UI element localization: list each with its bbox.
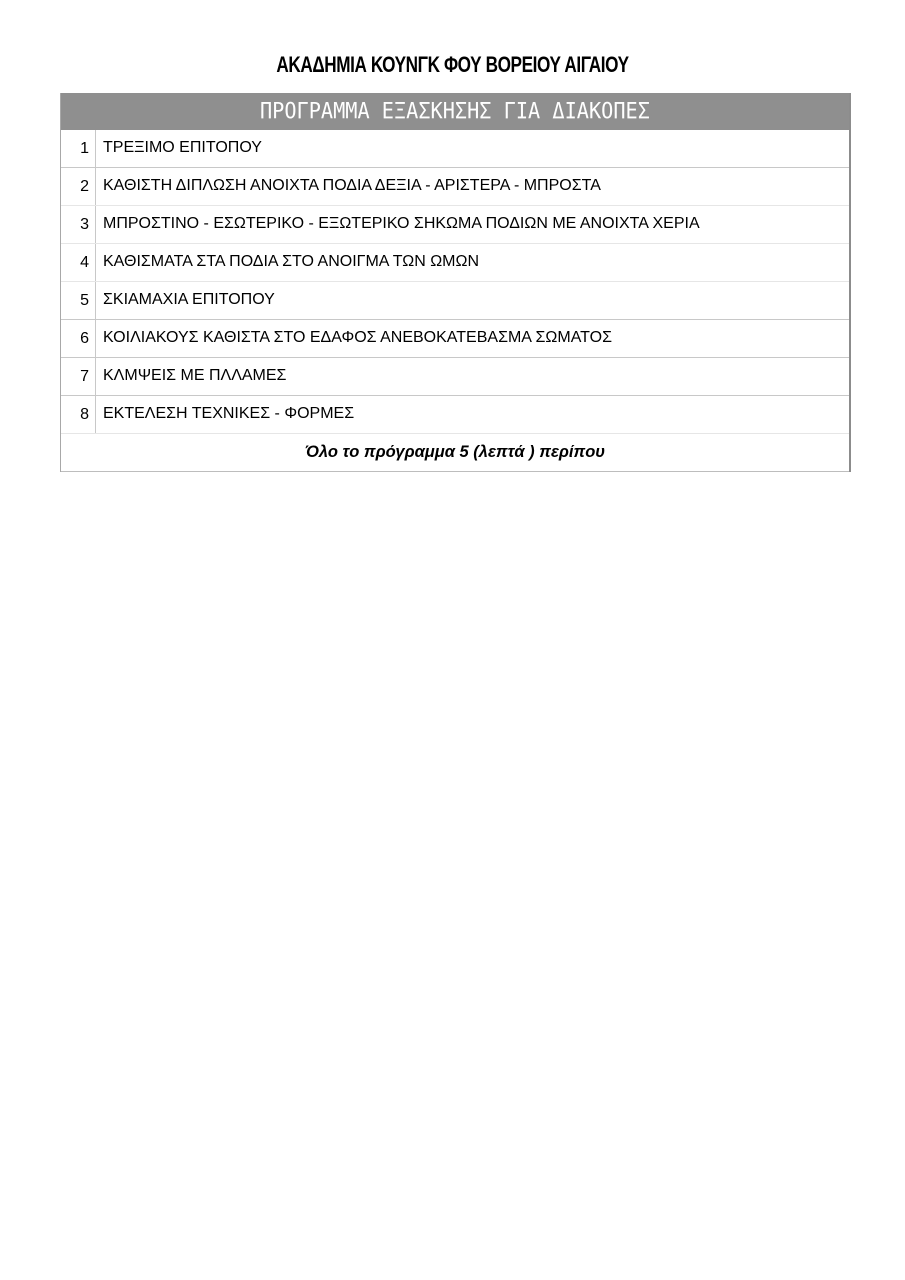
row-exercise: ΣΚΙΑΜΑΧΙΑ ΕΠΙΤΟΠΟΥ <box>96 282 275 319</box>
table-footer: Όλο το πρόγραμμα 5 (λεπτά ) περίπου <box>61 434 849 472</box>
row-exercise: ΤΡΕΞΙΜΟ ΕΠΙΤΟΠΟΥ <box>96 130 262 167</box>
row-number: 1 <box>61 130 96 167</box>
table-header-text: ΠΡΟΓΡΑΜΜΑ ΕΞΑΣΚΗΣΗΣ ΓΙΑ ΔΙΑΚΟΠΕΣ <box>260 99 650 124</box>
total-duration-note: Όλο το πρόγραμμα 5 (λεπτά ) περίπου <box>305 443 605 462</box>
row-number: 8 <box>61 396 96 433</box>
row-number: 7 <box>61 358 96 395</box>
table-header: ΠΡΟΓΡΑΜΜΑ ΕΞΑΣΚΗΣΗΣ ΓΙΑ ΔΙΑΚΟΠΕΣ <box>61 93 849 130</box>
row-number: 6 <box>61 320 96 357</box>
table-row: 5 ΣΚΙΑΜΑΧΙΑ ΕΠΙΤΟΠΟΥ <box>61 282 849 320</box>
row-exercise: ΚΑΘΙΣΜΑΤΑ ΣΤΑ ΠΟΔΙΑ ΣΤΟ ΑΝΟΙΓΜΑ ΤΩΝ ΩΜΩΝ <box>96 244 479 281</box>
row-exercise: ΚΛΜΨΕΙΣ ΜΕ ΠΛΛΑΜΕΣ <box>96 358 286 395</box>
table-row: 3 ΜΠΡΟΣΤΙΝΟ - ΕΣΩΤΕΡΙΚΟ - ΕΞΩΤΕΡΙΚΟ ΣΗΚΩ… <box>61 206 849 244</box>
row-number: 5 <box>61 282 96 319</box>
row-number: 4 <box>61 244 96 281</box>
table-row: 7 ΚΛΜΨΕΙΣ ΜΕ ΠΛΛΑΜΕΣ <box>61 358 849 396</box>
row-number: 3 <box>61 206 96 243</box>
document-title: ΑΚΑΔΗΜΙΑ ΚΟΥΝΓΚ ΦΟΥ ΒΟΡΕΙΟΥ ΑΙΓΑΙΟΥ <box>100 52 806 78</box>
table-row: 6 ΚΟΙΛΙΑΚΟΥΣ ΚΑΘΙΣΤΑ ΣΤΟ ΕΔΑΦΟΣ ΑΝΕΒΟΚΑΤ… <box>61 320 849 358</box>
table-row: 1 ΤΡΕΞΙΜΟ ΕΠΙΤΟΠΟΥ <box>61 130 849 168</box>
row-exercise: ΕΚΤΕΛΕΣΗ ΤΕΧΝΙΚΕΣ - ΦΟΡΜΕΣ <box>96 396 354 433</box>
table-row: 2 ΚΑΘΙΣΤΗ ΔΙΠΛΩΣΗ ΑΝΟΙΧΤΑ ΠΟΔΙΑ ΔΕΞΙΑ - … <box>61 168 849 206</box>
table-row: 4 ΚΑΘΙΣΜΑΤΑ ΣΤΑ ΠΟΔΙΑ ΣΤΟ ΑΝΟΙΓΜΑ ΤΩΝ ΩΜ… <box>61 244 849 282</box>
table-row: 8 ΕΚΤΕΛΕΣΗ ΤΕΧΝΙΚΕΣ - ΦΟΡΜΕΣ <box>61 396 849 434</box>
exercise-program-table: ΠΡΟΓΡΑΜΜΑ ΕΞΑΣΚΗΣΗΣ ΓΙΑ ΔΙΑΚΟΠΕΣ 1 ΤΡΕΞΙ… <box>60 93 851 472</box>
row-number: 2 <box>61 168 96 205</box>
row-exercise: ΚΑΘΙΣΤΗ ΔΙΠΛΩΣΗ ΑΝΟΙΧΤΑ ΠΟΔΙΑ ΔΕΞΙΑ - ΑΡ… <box>96 168 601 205</box>
row-exercise: ΚΟΙΛΙΑΚΟΥΣ ΚΑΘΙΣΤΑ ΣΤΟ ΕΔΑΦΟΣ ΑΝΕΒΟΚΑΤΕΒ… <box>96 320 612 357</box>
row-exercise: ΜΠΡΟΣΤΙΝΟ - ΕΣΩΤΕΡΙΚΟ - ΕΞΩΤΕΡΙΚΟ ΣΗΚΩΜΑ… <box>96 206 700 243</box>
